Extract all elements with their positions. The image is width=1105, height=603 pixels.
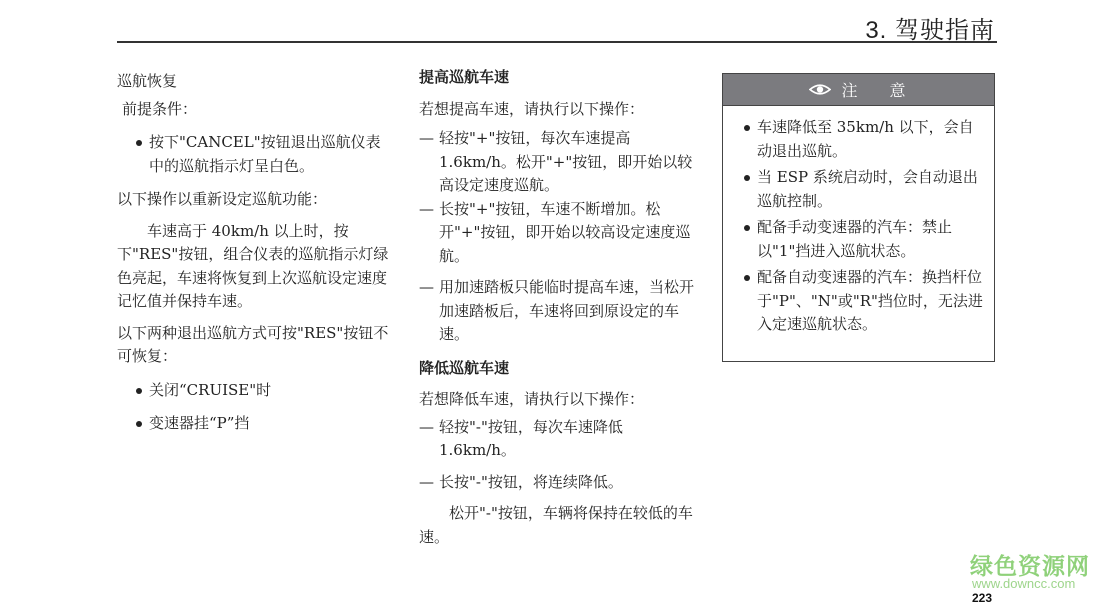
note-header-word2: 意 bbox=[890, 78, 908, 101]
watermark-url: www.downcc.com bbox=[972, 576, 1075, 591]
precondition-label: 前提条件： bbox=[117, 98, 395, 122]
decrease-intro: 若想降低车速，请执行以下操作： bbox=[419, 388, 697, 412]
increase-item: —用加速踏板只能临时提高车速，当松开加速踏板后，车速将回到原设定的车速。 bbox=[419, 276, 697, 347]
eye-icon bbox=[809, 83, 831, 96]
dash-marker: — bbox=[419, 127, 434, 151]
column-cruise-resume: 巡航恢复 前提条件： 按下"CANCEL"按钮退出巡航仪表中的巡航指示灯呈白色。… bbox=[117, 70, 395, 444]
dash-marker: — bbox=[419, 416, 434, 440]
note-bullet: 车速降低至 35km/h 以下，会自动退出巡航。 bbox=[735, 116, 984, 163]
exit-bullet-cruise-off: 关闭“CRUISE"时 bbox=[117, 379, 395, 403]
dash-marker: — bbox=[419, 198, 434, 222]
section-title-decrease: 降低巡航车速 bbox=[419, 357, 697, 381]
chapter-title: 3. 驾驶指南 bbox=[865, 10, 995, 45]
exit-bullet-park: 变速器挂“P”挡 bbox=[117, 412, 395, 436]
decrease-item: —轻按"-"按钮，每次车速降低 1.6km/h。 bbox=[419, 416, 697, 463]
section-title-cruise-resume: 巡航恢复 bbox=[117, 70, 395, 94]
section-title-increase: 提高巡航车速 bbox=[419, 66, 697, 90]
column-speed-adjust: 提高巡航车速 若想提高车速，请执行以下操作： —轻按"+"按钮，每次车速提高 1… bbox=[419, 66, 697, 549]
reset-paragraph: 车速高于 40km/h 以上时，按下"RES"按钮，组合仪表的巡航指示灯绿色亮起… bbox=[117, 220, 395, 314]
header-divider bbox=[117, 41, 997, 43]
note-header: 注 意 bbox=[723, 74, 994, 106]
exit-intro: 以下两种退出巡航方式可按"RES"按钮不可恢复： bbox=[117, 322, 395, 369]
caution-note-box: 注 意 车速降低至 35km/h 以下，会自动退出巡航。 当 ESP 系统启动时… bbox=[722, 73, 995, 362]
dash-marker: — bbox=[419, 276, 434, 300]
decrease-item: —长按"-"按钮，将连续降低。 bbox=[419, 471, 697, 495]
note-bullet: 配备自动变速器的汽车：换挡杆位于"P"、"N"或"R"挡位时，无法进入定速巡航状… bbox=[735, 266, 984, 337]
decrease-after: 松开"-"按钮，车辆将保持在较低的车速。 bbox=[419, 502, 697, 549]
note-body: 车速降低至 35km/h 以下，会自动退出巡航。 当 ESP 系统启动时，会自动… bbox=[723, 106, 994, 337]
note-bullet: 当 ESP 系统启动时，会自动退出巡航控制。 bbox=[735, 166, 984, 213]
precondition-bullet: 按下"CANCEL"按钮退出巡航仪表中的巡航指示灯呈白色。 bbox=[117, 131, 395, 178]
increase-intro: 若想提高车速，请执行以下操作： bbox=[419, 98, 697, 122]
dash-marker: — bbox=[419, 471, 434, 495]
reset-intro: 以下操作以重新设定巡航功能： bbox=[117, 188, 395, 212]
page-number: 223 bbox=[972, 591, 992, 603]
note-header-word1: 注 bbox=[841, 78, 859, 101]
increase-item: —长按"+"按钮，车速不断增加。松开"+"按钮，即开始以较高设定速度巡航。 bbox=[419, 198, 697, 269]
note-bullet: 配备手动变速器的汽车：禁止以"1"挡进入巡航状态。 bbox=[735, 216, 984, 263]
increase-item: —轻按"+"按钮，每次车速提高 1.6km/h。松开"+"按钮，即开始以较高设定… bbox=[419, 127, 697, 198]
